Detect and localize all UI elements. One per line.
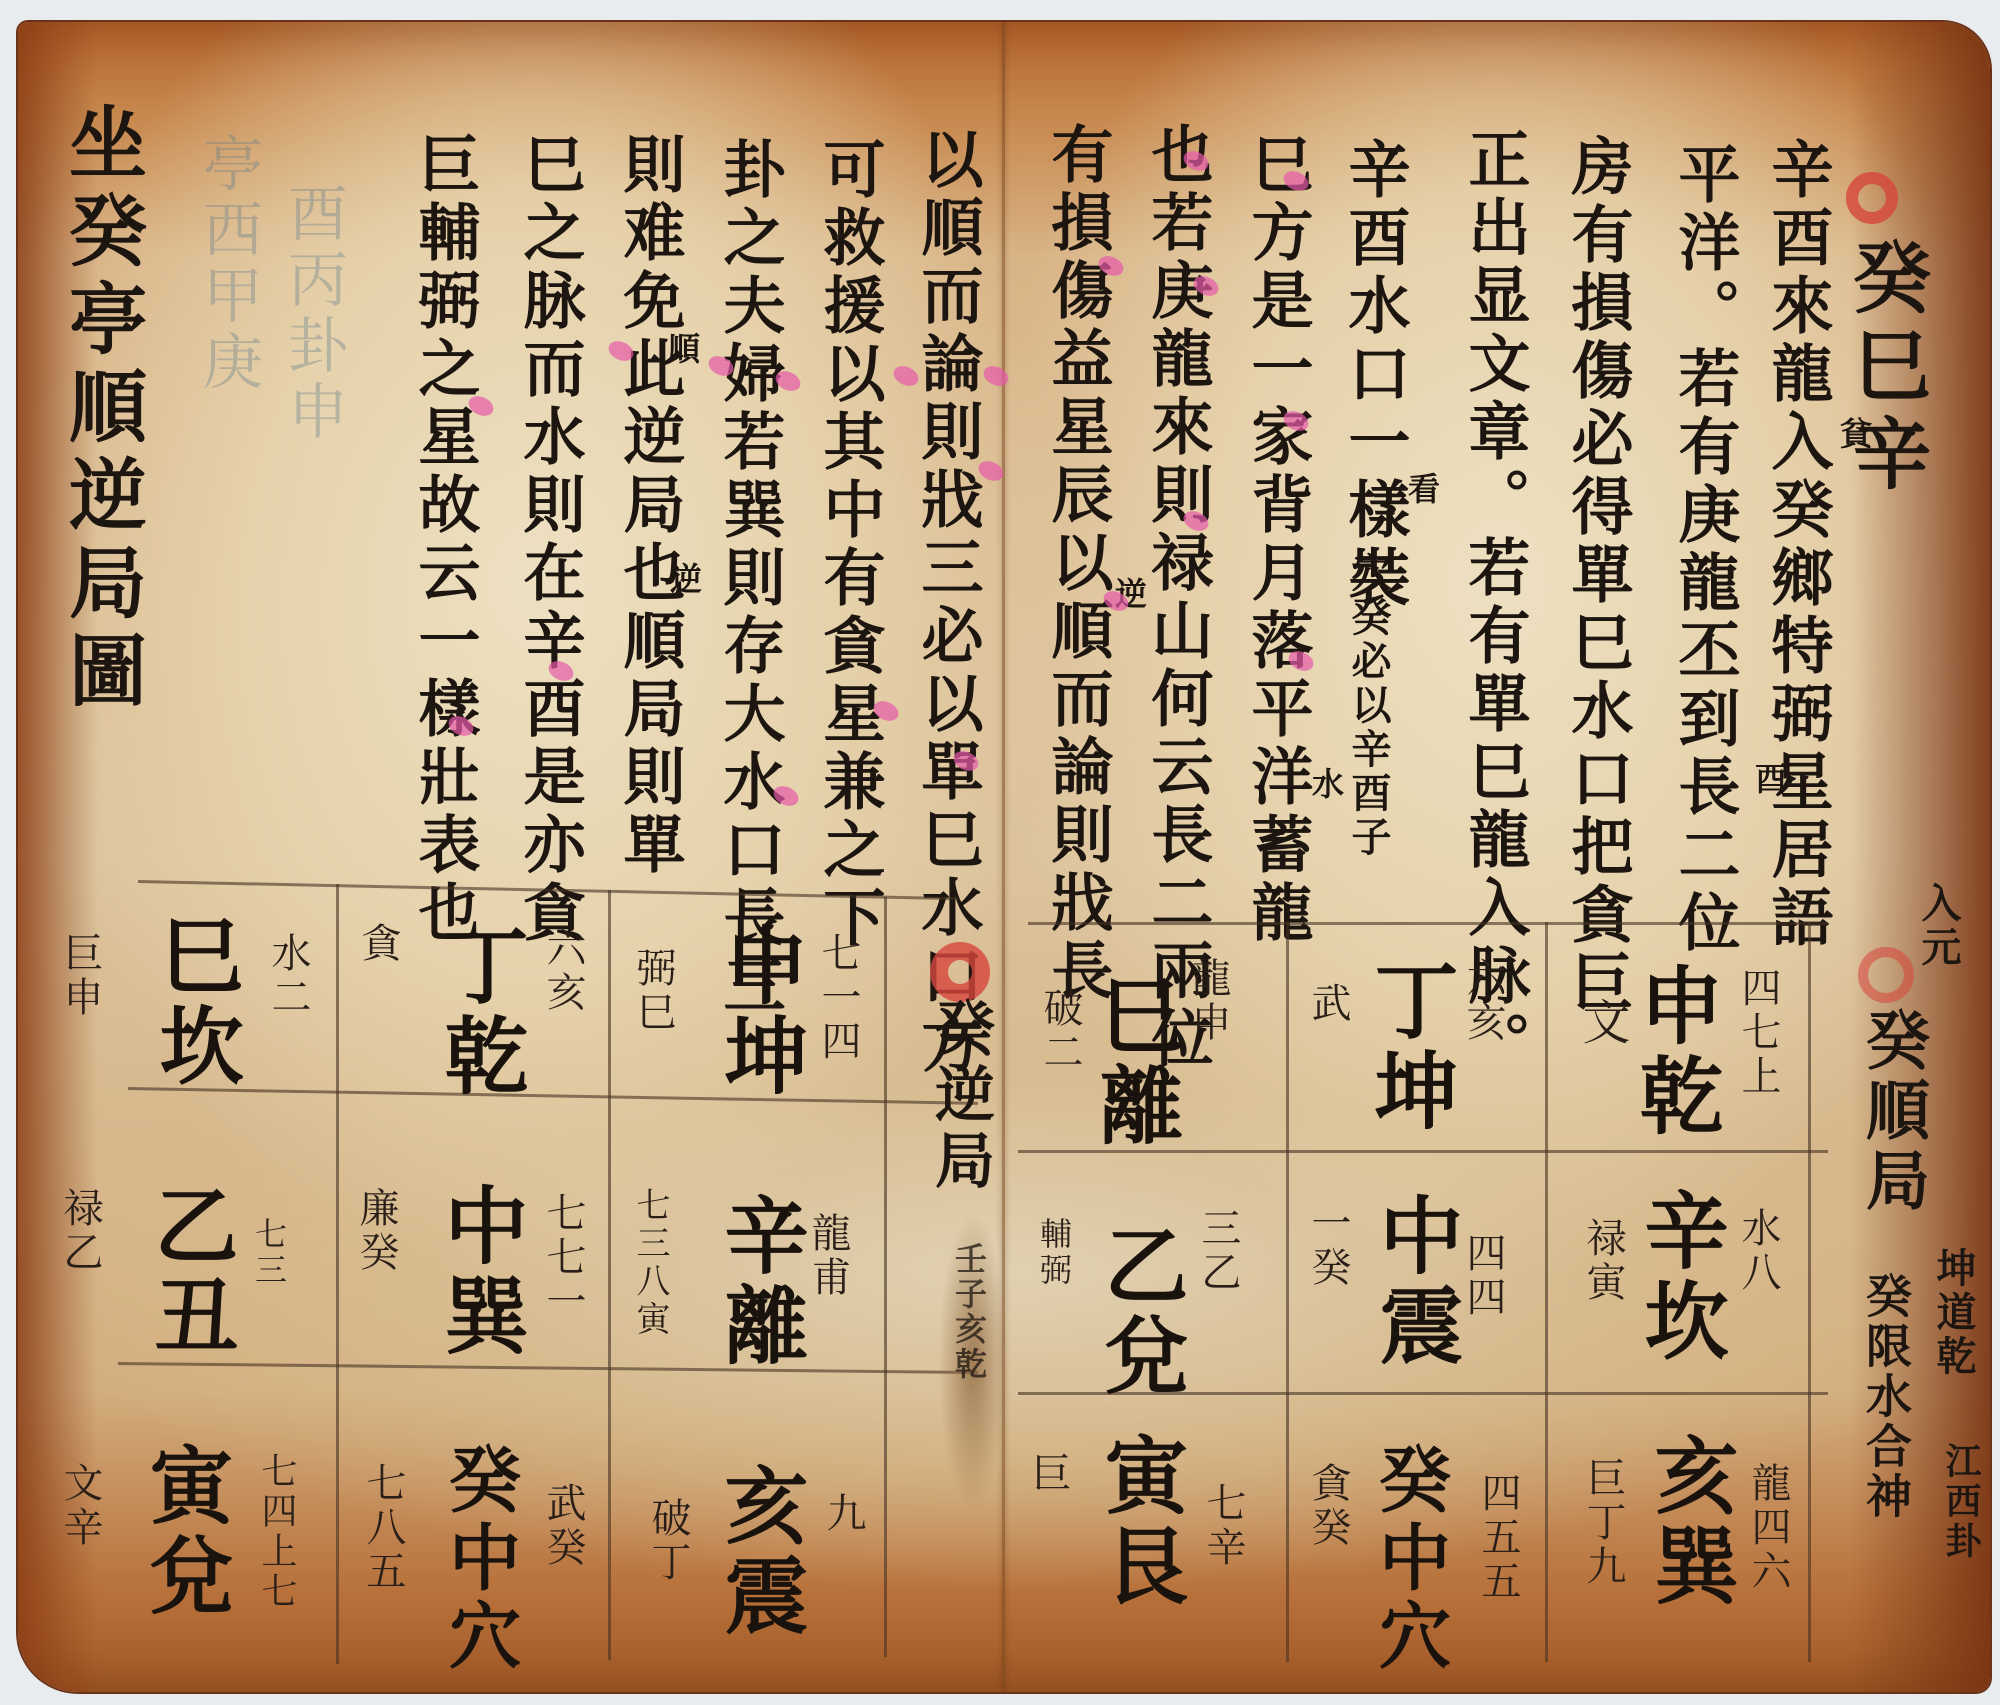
grid-cell-note: 七三 xyxy=(253,1217,285,1289)
grid-right-label: 癸順局 xyxy=(1860,1007,1924,1217)
grid-cell-note: 三乙 xyxy=(1198,1207,1238,1295)
manuscript-spread: 亭西甲庚 酉丙卦申 坐癸亭順逆局圖 以順而論則戕三必以單巳水口方 可救援以其中有… xyxy=(18,22,1990,1692)
text-column: 正出显文章。若有單巳龍入脉。 xyxy=(1463,127,1525,1079)
grid-cell-main: 寅兌 xyxy=(143,1442,227,1622)
grid-cell-main: 乙兌 xyxy=(1098,1222,1182,1402)
grid-right-side-note: 癸限水合神 xyxy=(1863,1272,1909,1522)
red-seal-circle xyxy=(1846,172,1898,224)
grid-cell-note: 禄寅 xyxy=(1583,1217,1623,1305)
grid-line xyxy=(1286,922,1289,1662)
right-page-heading: 癸巳辛 xyxy=(1846,237,1924,501)
left-page-title: 坐癸亭順逆局圖 xyxy=(62,102,140,718)
grid-cell-note: 七八五 xyxy=(363,1462,403,1594)
grid-cell-note: 破丁 xyxy=(648,1497,688,1585)
grid-cell-note: 武 xyxy=(1308,982,1348,1026)
grid-cell-note: 七三八寅 xyxy=(633,1187,667,1339)
grid-line xyxy=(884,897,887,1657)
grid-cell-note: 六亥 xyxy=(543,927,583,1015)
grid-line xyxy=(118,1362,978,1374)
grid-cell-note: 破二 xyxy=(1040,987,1080,1075)
grid-cell-note: 弼巳 xyxy=(633,947,673,1035)
grid-cell-note: 水二 xyxy=(268,932,308,1020)
grid-cell-note: 輔弼 xyxy=(1038,1217,1070,1289)
grid-line xyxy=(608,890,611,1660)
text-column: 辛酉水口一樣裝 xyxy=(1343,137,1405,613)
grid-left-label: 癸逆局 xyxy=(930,997,990,1195)
text-column: 辛酉來龍入癸鄉特弼星居語 xyxy=(1766,137,1828,953)
margin-note: 酉 xyxy=(1753,762,1785,797)
grid-cell-note: 巨丁九 xyxy=(1583,1457,1623,1589)
text-column: 則难免此逆局也順局則單 xyxy=(618,132,680,880)
grid-line xyxy=(1545,922,1548,1662)
grid-cell-note: 巨 xyxy=(1028,1452,1068,1496)
text-column: 也若庚龍來則禄山何云長二兩位 xyxy=(1146,122,1208,1074)
bleed-through-text: 亭西甲庚 xyxy=(198,132,258,396)
grid-line xyxy=(128,1087,978,1105)
grid-cell-note: 九 xyxy=(823,1492,863,1536)
grid-cell-note: 武癸 xyxy=(543,1482,583,1570)
bleed-through-text: 酉丙卦申 xyxy=(283,182,343,446)
grid-right-top-note: 入元 xyxy=(1918,882,1958,970)
pink-mark xyxy=(980,362,1011,389)
text-column: 有損傷益星辰以順而論則戕長 xyxy=(1046,122,1108,1006)
grid-cell-main: 亥震 xyxy=(718,1462,802,1642)
margin-note: 看 xyxy=(1406,472,1438,507)
grid-cell-main: 乙丑 xyxy=(148,1182,232,1362)
grid-cell-main: 寅艮 xyxy=(1098,1432,1182,1612)
grid-cell-main: 申坤 xyxy=(718,922,802,1102)
text-column: 以順而論則戕三必以單巳水口方 xyxy=(916,127,978,1079)
grid-outer-note: 文辛 xyxy=(60,1462,100,1550)
grid-cell-note: 龍甫 xyxy=(808,1212,848,1300)
grid-cell-main: 中巽 xyxy=(438,1182,522,1362)
margin-note: 水 xyxy=(1310,767,1342,802)
grid-outer-note: 禄乙 xyxy=(60,1187,100,1275)
damaged-label-text: 壬子亥乾 xyxy=(953,1242,985,1382)
red-seal-circle xyxy=(930,942,990,1002)
margin-note: 貧 xyxy=(1838,417,1870,452)
grid-cell-note: 七辛 xyxy=(1203,1482,1243,1570)
grid-cell-note: 七七一 xyxy=(543,1192,583,1324)
grid-cell-note: 一癸 xyxy=(1308,1202,1348,1290)
grid-right-side-note: 坤道乾 xyxy=(1933,1247,1973,1379)
text-column: 卦之夫婦若巽則存大水口長三 xyxy=(718,137,780,1021)
grid-cell-main: 癸中穴 xyxy=(1373,1442,1445,1676)
text-column: 巳之脉而水則在辛酉是亦貪 xyxy=(518,132,580,948)
text-column: 巨輔弼之星故云一樣壯表也 xyxy=(413,132,475,948)
grid-cell-note: 龍四六 xyxy=(1748,1462,1788,1594)
grid-cell-note: 貪 xyxy=(358,922,398,966)
grid-cell-main: 中震 xyxy=(1373,1192,1457,1372)
grid-cell-note: 水八 xyxy=(1738,1207,1778,1295)
grid-cell-main: 丁坤 xyxy=(1368,957,1452,1137)
grid-cell-main: 巳離 xyxy=(1093,972,1177,1152)
text-column: 巳方是一家背月落平洋蓄龍 xyxy=(1246,132,1308,948)
grid-cell-main: 申乾 xyxy=(1633,962,1717,1142)
grid-cell-main: 辛離 xyxy=(718,1192,802,1372)
grid-cell-note: 龍申 xyxy=(1188,957,1228,1045)
grid-right-side-note: 江西卦 xyxy=(1943,1442,1979,1562)
grid-cell-main: 癸中穴 xyxy=(443,1442,515,1676)
red-seal-circle xyxy=(1858,947,1914,1003)
text-column: 房有損傷必得單巳水口把貪巨 xyxy=(1566,134,1628,1018)
grid-cell-note: 七四上七 xyxy=(258,1452,294,1612)
grid-line xyxy=(336,884,339,1664)
grid-line xyxy=(1808,922,1811,1662)
margin-note: 逆 xyxy=(668,562,700,597)
margin-note: 穴癸必以辛酉子 xyxy=(1348,552,1388,860)
grid-cell-note: 四七上 xyxy=(1738,967,1778,1099)
grid-cell-note: 四五五 xyxy=(1478,1472,1518,1604)
grid-cell-main: 巳坎 xyxy=(153,912,237,1092)
text-column: 平洋。若有庚龍丕到長二位 xyxy=(1673,142,1735,958)
grid-cell-note: 文 xyxy=(1578,997,1626,1049)
grid-cell-note: 七一四 xyxy=(818,932,858,1064)
grid-cell-note: 貪癸 xyxy=(1308,1462,1348,1550)
grid-cell-note: 廉癸 xyxy=(356,1187,396,1275)
text-column: 可救援以其中有貪星兼之下 xyxy=(818,137,880,953)
grid-cell-main: 亥巽 xyxy=(1648,1432,1732,1612)
grid-cell-note: 四四 xyxy=(1463,1232,1503,1320)
grid-outer-note: 巨申 xyxy=(60,932,100,1020)
grid-cell-main: 丁乾 xyxy=(438,922,522,1102)
grid-line xyxy=(1028,922,1828,925)
grid-cell-note: 六亥 xyxy=(1463,957,1503,1045)
grid-cell-main: 辛坎 xyxy=(1638,1187,1722,1367)
margin-note: 順 xyxy=(666,332,698,367)
